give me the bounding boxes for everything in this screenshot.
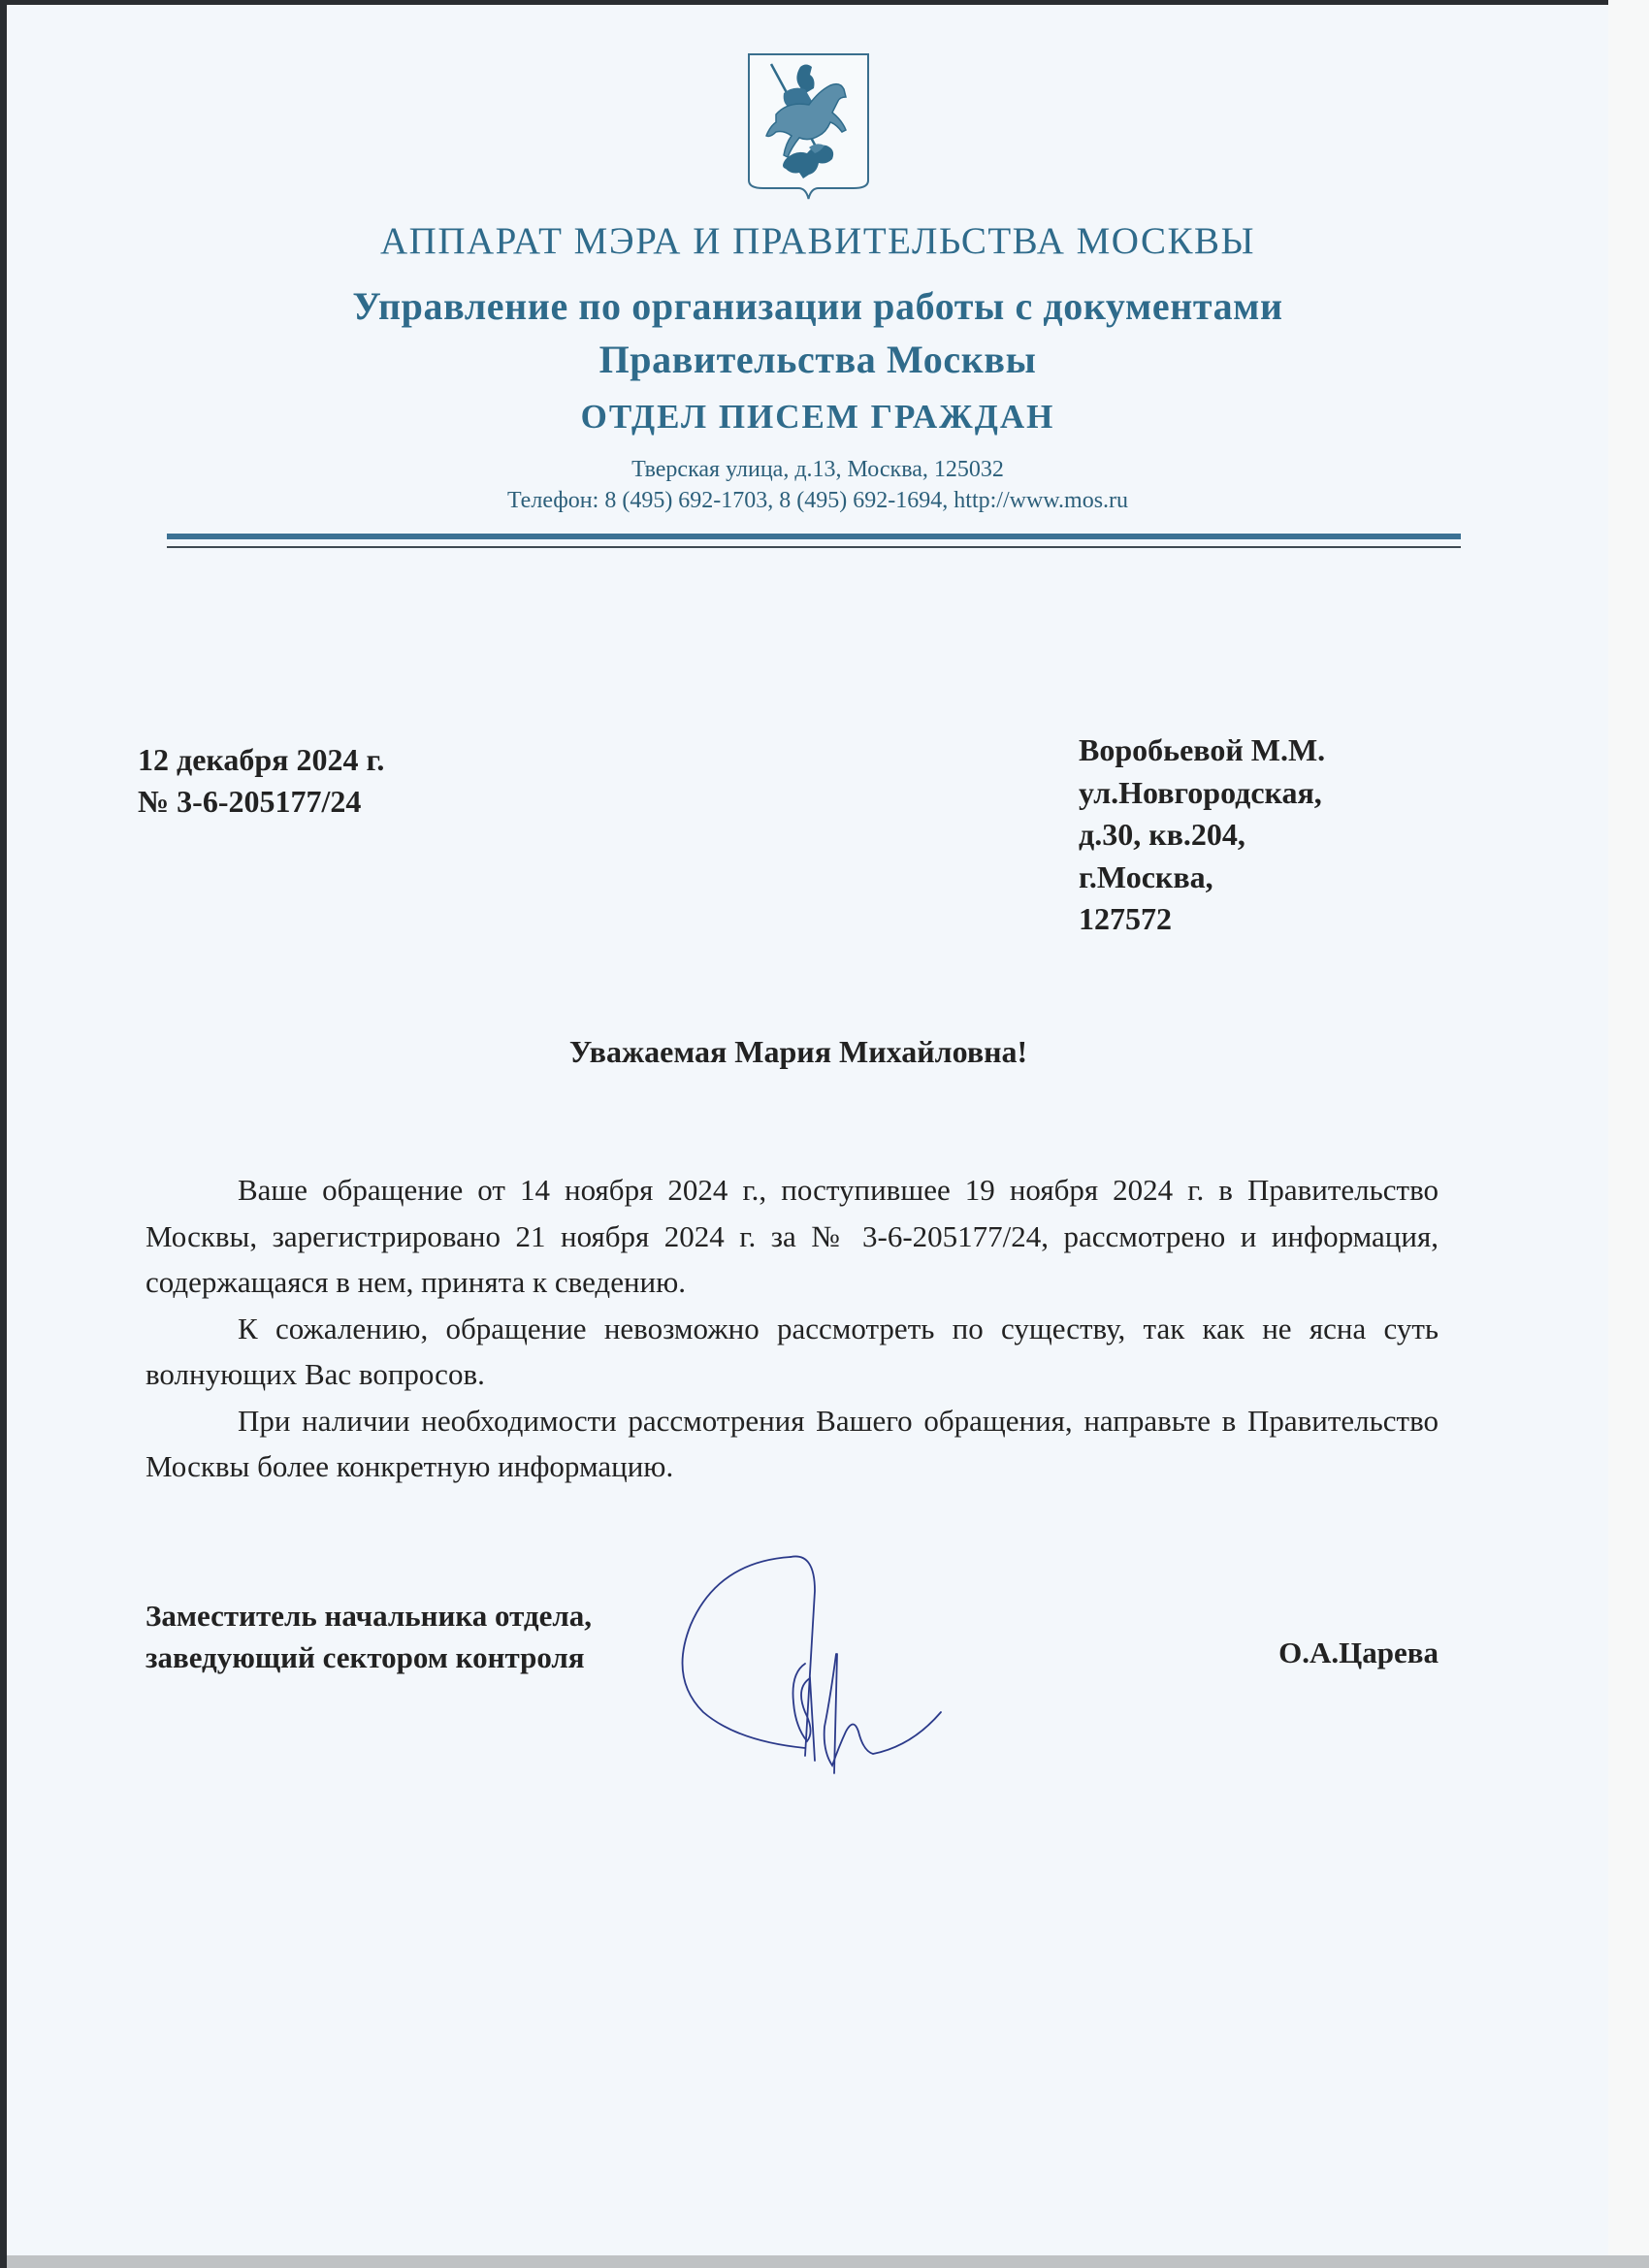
recipient-house: д.30, кв.204, <box>1079 814 1325 857</box>
signatory-title-line1: Заместитель начальника отдела, <box>145 1595 592 1636</box>
body-paragraph: К сожалению, обращение невозможно рассмо… <box>145 1306 1439 1398</box>
org-contacts: Телефон: 8 (495) 692-1703, 8 (495) 692-1… <box>0 488 1635 514</box>
scanner-shadow <box>7 2255 1649 2268</box>
org-name: АППАРАТ МЭРА И ПРАВИТЕЛЬСТВА МОСКВЫ <box>0 219 1635 263</box>
department-name: ОТДЕЛ ПИСЕМ ГРАЖДАН <box>0 398 1635 437</box>
org-address: Тверская улица, д.13, Москва, 125032 <box>0 457 1635 483</box>
signatory-title: Заместитель начальника отдела, заведующи… <box>145 1595 592 1678</box>
salutation: Уважаемая Мария Михайловна! <box>0 1034 1597 1070</box>
letter-date: 12 декабря 2024 г. <box>138 739 384 781</box>
recipient-postcode: 127572 <box>1079 898 1325 941</box>
body-paragraph: Ваше обращение от 14 ноября 2024 г., пос… <box>145 1167 1439 1306</box>
division-name-line1: Управление по организации работы с докум… <box>0 283 1635 329</box>
header-divider-thin <box>167 546 1461 548</box>
body-paragraph: При наличии необходимости рассмотрения В… <box>145 1398 1439 1490</box>
header-divider-thick <box>167 534 1461 539</box>
recipient-block: Воробьевой М.М. ул.Новгородская, д.30, к… <box>1079 729 1325 941</box>
signatory-title-line2: заведующий сектором контроля <box>145 1636 592 1678</box>
recipient-street: ул.Новгородская, <box>1079 772 1325 815</box>
recipient-city: г.Москва, <box>1079 857 1325 899</box>
letter-number: № 3-6-205177/24 <box>138 781 384 823</box>
letter-body: Ваше обращение от 14 ноября 2024 г., пос… <box>145 1167 1439 1490</box>
letter-meta: 12 декабря 2024 г. № 3-6-205177/24 <box>138 739 384 823</box>
handwritten-signature-icon <box>660 1533 1067 1785</box>
division-name-line2: Правительства Москвы <box>0 337 1635 382</box>
signatory-name: О.А.Царева <box>1278 1636 1439 1670</box>
moscow-coat-of-arms-icon <box>747 52 870 201</box>
recipient-name: Воробьевой М.М. <box>1079 729 1325 772</box>
